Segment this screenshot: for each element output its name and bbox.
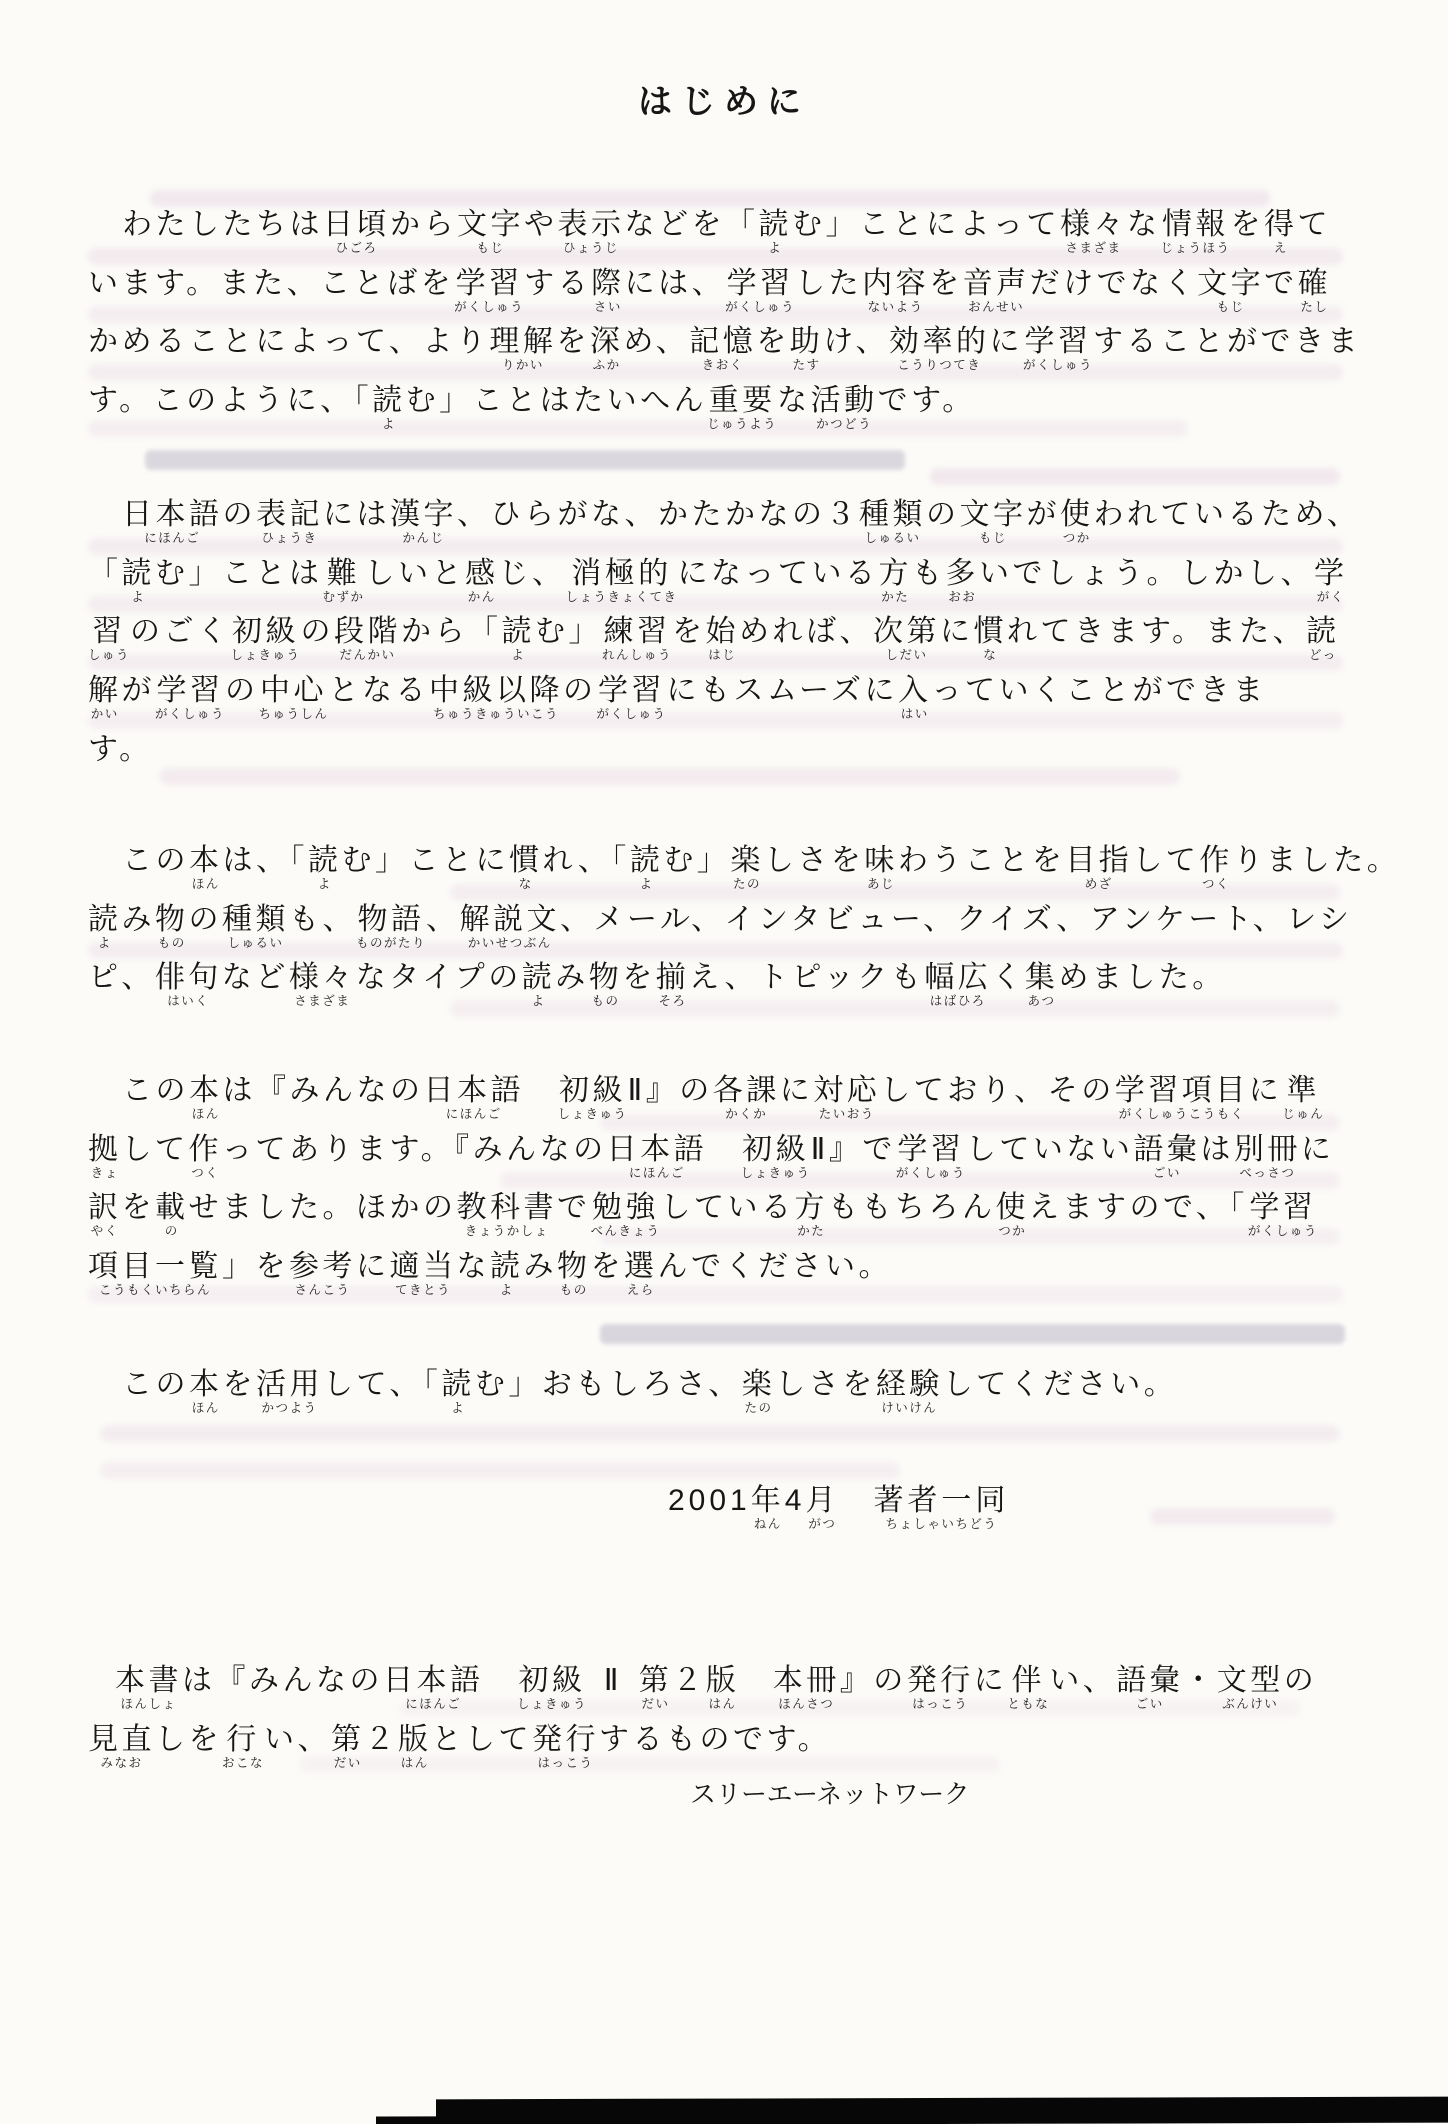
furigana: れんしゅう: [602, 649, 672, 662]
furigana: がくしゅう: [725, 301, 795, 314]
text-segment: 、: [426, 901, 460, 938]
ruby-segment: 読よ: [372, 382, 406, 431]
furigana: ほん: [189, 1108, 223, 1121]
text-segment: んでください。: [658, 1248, 893, 1285]
text-segment: Ⅱ』の: [628, 1072, 713, 1109]
furigana: えら: [624, 1284, 658, 1297]
ruby-segment: 様々さまざま: [289, 959, 356, 1008]
furigana: あつ: [1025, 995, 1059, 1008]
furigana: の: [155, 1225, 189, 1238]
ruby-segment: 別冊べっさつ: [1234, 1131, 1301, 1180]
text-segment: む」ことはたいへん: [406, 382, 708, 419]
furigana: さんこう: [289, 1284, 356, 1297]
text-segment: [484, 1662, 518, 1699]
ruby-segment: 載の: [155, 1189, 189, 1238]
text-segment: い、: [1049, 1662, 1116, 1699]
ruby-segment: 際さい: [591, 265, 625, 314]
ruby-segment: 様々さまざま: [1060, 206, 1127, 255]
furigana: もの: [589, 995, 623, 1008]
furigana: はん: [398, 1757, 432, 1770]
furigana: こうりつてき: [889, 359, 990, 372]
ruby-segment: 文字もじ: [1197, 265, 1264, 314]
furigana: かん: [465, 591, 499, 604]
furigana: もじ: [457, 242, 524, 255]
text-segment: も: [912, 555, 946, 592]
text-segment: が: [1027, 496, 1061, 533]
ruby-segment: 楽たの: [742, 1366, 776, 1415]
furigana: しょきゅう: [741, 1167, 811, 1180]
ruby-segment: 初級しょきゅう: [231, 613, 301, 662]
ruby-segment: 漢字かんじ: [390, 496, 457, 545]
text-line: います。また、ことばを学習がくしゅうする際さいには、学習がくしゅうした内容ないよ…: [88, 265, 1361, 324]
text-segment: み: [524, 1248, 558, 1285]
furigana: おんせい: [963, 301, 1030, 314]
text-segment: の: [189, 901, 223, 938]
ruby-segment: 日本語にほんご: [607, 1131, 708, 1180]
ruby-segment: 読よ: [88, 901, 122, 950]
ruby-segment: 慣な: [974, 613, 1008, 662]
furigana: よ: [759, 242, 793, 255]
text-segment: となる: [329, 672, 430, 709]
bleedthrough-artifact: [100, 1425, 1340, 1442]
furigana: がつ: [805, 1518, 839, 1531]
ruby-segment: 文字もじ: [960, 496, 1027, 545]
text-segment: に: [780, 1072, 814, 1109]
text-segment: は: [1200, 1131, 1234, 1168]
text-line: 見直みなおしを行おこない、第だい２版はんとして発行はっこうするものです。: [88, 1721, 1317, 1780]
text-segment: ピ、: [88, 959, 155, 996]
bleedthrough-artifact: [600, 1324, 1345, 1344]
ruby-segment: 日本語にほんご: [424, 1072, 525, 1121]
text-segment: のごく: [130, 613, 231, 650]
ruby-segment: 得え: [1264, 206, 1298, 255]
ruby-segment: 学習がくしゅう: [597, 672, 667, 721]
ruby-segment: 中級以降ちゅうきゅういこう: [429, 672, 563, 721]
text-segment: して: [122, 1131, 189, 1168]
bleedthrough-artifact: [1150, 1508, 1335, 1525]
text-segment: います。また、ことばを: [88, 265, 454, 302]
ruby-segment: 深ふか: [590, 323, 624, 372]
ruby-segment: 語彙ごい: [1133, 1131, 1200, 1180]
text-segment: している: [661, 1189, 795, 1226]
ruby-segment: 年ねん: [751, 1482, 785, 1531]
furigana: かた: [795, 1225, 829, 1238]
paragraph-second-edition-note: 本書ほんしょは『みんなの日本語にほんご 初級しょきゅうⅡ 第だい２版はん 本冊ほ…: [88, 1662, 1317, 1779]
furigana: だい: [639, 1698, 673, 1711]
text-line: 読よみ物ものの種類しゅるいも、物語ものがたり、解説文かいせつぶん、メール、インタ…: [88, 901, 1400, 960]
furigana: こうもくいちらん: [88, 1284, 222, 1297]
ruby-segment: 活用かつよう: [256, 1366, 323, 1415]
text-segment: この: [122, 1072, 189, 1109]
text-segment: に: [1301, 1131, 1335, 1168]
ruby-segment: 音声おんせい: [963, 265, 1030, 314]
text-segment: な: [777, 382, 811, 419]
text-segment: む」ことによって: [792, 206, 1060, 243]
ruby-segment: 始はじ: [706, 613, 740, 662]
ruby-segment: 本冊ほんさつ: [773, 1662, 840, 1711]
text-segment: は、「: [223, 842, 309, 879]
ruby-segment: 第だい: [331, 1721, 365, 1770]
text-line: 本書ほんしょは『みんなの日本語にほんご 初級しょきゅうⅡ 第だい２版はん 本冊ほ…: [88, 1662, 1317, 1721]
text-segment: この: [122, 842, 189, 879]
furigana: ちょしゃいちどう: [873, 1518, 1009, 1531]
text-segment: する: [524, 265, 591, 302]
text-segment: スリーエーネットワーク: [690, 1776, 969, 1813]
furigana: けいけん: [876, 1402, 943, 1415]
ruby-segment: 種類しゅるい: [859, 496, 926, 545]
ruby-segment: 次第しだい: [873, 613, 940, 662]
furigana: きょうかしょ: [457, 1225, 558, 1238]
ruby-segment: 確たし: [1298, 265, 1332, 314]
ruby-segment: 使つか: [1060, 496, 1094, 545]
ruby-segment: 読よ: [502, 613, 536, 662]
furigana: よ: [502, 649, 536, 662]
furigana: かんじ: [390, 532, 457, 545]
text-line: はじめに: [0, 84, 1448, 143]
text-line: この本ほんを活用かつようして、「読よむ」おもしろさ、楽たのしさを経験けいけんして…: [88, 1366, 1177, 1425]
ruby-segment: 読よ: [522, 959, 556, 1008]
furigana: だんかい: [334, 649, 401, 662]
furigana: つく: [1199, 878, 1233, 891]
ruby-segment: 発行はっこう: [907, 1662, 974, 1711]
furigana: もじ: [1197, 301, 1264, 314]
ruby-segment: 日頃ひごろ: [323, 206, 390, 255]
text-segment: む」ことは: [155, 555, 323, 592]
ruby-segment: 難むずか: [323, 555, 365, 604]
ruby-segment: 味あじ: [864, 842, 898, 891]
furigana: ほん: [189, 878, 223, 891]
furigana: がくしゅう: [454, 301, 524, 314]
text-segment: え、トピックも: [689, 959, 924, 996]
text-line: 日本語にほんごの表記ひょうきには漢字かんじ、ひらがな、かたかなの３種類しゅるいの…: [88, 496, 1360, 555]
ruby-segment: 語彙ごい: [1116, 1662, 1183, 1711]
furigana: しょきゅう: [231, 649, 301, 662]
text-segment: け、: [823, 323, 889, 360]
furigana: ごい: [1116, 1698, 1183, 1711]
furigana: はばひろ: [924, 995, 991, 1008]
furigana: たす: [790, 359, 824, 372]
text-segment: [839, 1482, 873, 1519]
ruby-segment: 物もの: [557, 1248, 591, 1297]
ruby-segment: 感かん: [465, 555, 499, 604]
ruby-segment: 教科書きょうかしょ: [457, 1189, 558, 1238]
ruby-segment: 対応たいおう: [813, 1072, 880, 1121]
text-segment: ・: [1183, 1662, 1217, 1699]
furigana: がくしゅう: [1248, 1225, 1318, 1238]
ruby-segment: 学習がくしゅう: [1023, 323, 1093, 372]
furigana: しゅるい: [222, 937, 289, 950]
text-segment: な: [457, 1248, 491, 1285]
ruby-segment: 学習がくしゅう: [1248, 1189, 1318, 1238]
text-segment: い、: [264, 1721, 331, 1758]
text-segment: ２: [365, 1721, 399, 1758]
text-line: わたしたちは日頃ひごろから文字もじや表示ひょうじなどを「読よむ」ことによって様々…: [88, 206, 1361, 265]
furigana: ひょうじ: [558, 242, 625, 255]
furigana: むずか: [323, 591, 365, 604]
furigana: よ: [630, 878, 664, 891]
ruby-segment: 勉強べんきょう: [591, 1189, 661, 1238]
ruby-segment: 適当てきとう: [390, 1248, 457, 1297]
ruby-segment: 情報じょうほう: [1161, 206, 1231, 255]
furigana: はい: [898, 708, 932, 721]
furigana: ともな: [1007, 1698, 1049, 1711]
text-segment: だけでなく: [1030, 265, 1198, 302]
text-segment: て: [1298, 206, 1332, 243]
text-segment: 』の: [840, 1662, 907, 1699]
furigana: な: [974, 649, 1008, 662]
ruby-segment: 物もの: [155, 901, 189, 950]
furigana: にほんご: [122, 532, 223, 545]
ruby-segment: 効率的こうりつてき: [889, 323, 990, 372]
paragraph-closing: この本ほんを活用かつようして、「読よむ」おもしろさ、楽たのしさを経験けいけんして…: [88, 1366, 1177, 1425]
furigana: かくか: [713, 1108, 780, 1121]
furigana: もの: [155, 937, 189, 950]
ruby-segment: 読どっ: [1306, 613, 1340, 662]
furigana: あじ: [864, 878, 898, 891]
text-segment: わたしたちは: [122, 206, 323, 243]
text-segment: するものです。: [599, 1721, 831, 1758]
ruby-segment: 読よ: [308, 842, 342, 891]
text-segment: Ⅱ』で: [811, 1131, 896, 1168]
text-line: 2001年ねん4月がつ 著者一同ちょしゃいちどう: [668, 1482, 1009, 1541]
bleedthrough-artifact: [150, 190, 1270, 207]
furigana: きおく: [689, 359, 756, 372]
ruby-segment: 集あつ: [1025, 959, 1059, 1008]
text-segment: して、「: [323, 1366, 441, 1403]
furigana: べんきょう: [591, 1225, 661, 1238]
ruby-segment: 版はん: [706, 1662, 740, 1711]
text-segment: す。: [88, 731, 153, 768]
text-segment: の: [926, 496, 960, 533]
furigana: ものがたり: [356, 937, 426, 950]
ruby-segment: 読よ: [759, 206, 793, 255]
text-line: 解かいが学習がくしゅうの中心ちゅうしんとなる中級以降ちゅうきゅういこうの学習がく…: [88, 672, 1360, 731]
text-segment: 」を: [222, 1248, 289, 1285]
ruby-segment: 目指めざ: [1065, 842, 1132, 891]
ruby-segment: 本ほん: [189, 1366, 223, 1415]
furigana: ちゅうしん: [259, 708, 329, 721]
text-segment: を: [672, 613, 706, 650]
text-segment: には、: [625, 265, 726, 302]
ruby-segment: 学習項目がくしゅうこうもく: [1115, 1072, 1249, 1121]
ruby-segment: 練習れんしゅう: [602, 613, 672, 662]
ruby-segment: 学習がくしゅう: [725, 265, 795, 314]
text-segment: していない: [966, 1131, 1134, 1168]
text-segment: この: [122, 1366, 189, 1403]
ruby-segment: 助たす: [790, 323, 824, 372]
furigana: ほん: [189, 1402, 223, 1415]
text-line: 「読よむ」ことは難むずかしいと感かんじ、消極的しょうきょくてきになっている方かた…: [88, 555, 1360, 614]
furigana: ほんしょ: [115, 1698, 182, 1711]
text-segment: む」: [535, 613, 602, 650]
text-segment: いでしょう。しかし、: [979, 555, 1314, 592]
ruby-segment: 習しゅう: [88, 613, 130, 662]
ruby-segment: 準じゅん: [1282, 1072, 1324, 1121]
ruby-segment: 訳やく: [88, 1189, 122, 1238]
furigana: しだい: [873, 649, 940, 662]
ruby-segment: 物もの: [589, 959, 623, 1008]
furigana: さい: [591, 301, 625, 314]
furigana: よ: [490, 1284, 524, 1297]
furigana: おこな: [222, 1757, 264, 1770]
ruby-segment: 版はん: [398, 1721, 432, 1770]
furigana: はじ: [706, 649, 740, 662]
text-segment: ももちろん: [828, 1189, 996, 1226]
ruby-segment: 行おこな: [222, 1721, 264, 1770]
ruby-segment: 本ほん: [189, 842, 223, 891]
text-segment: して: [1132, 842, 1199, 879]
ruby-segment: 著者一同ちょしゃいちどう: [873, 1482, 1009, 1531]
ruby-segment: 読よ: [441, 1366, 475, 1415]
ruby-segment: 多おお: [946, 555, 980, 604]
furigana: かつよう: [256, 1402, 323, 1415]
text-line: スリーエーネットワーク: [690, 1776, 969, 1835]
ruby-segment: 発行はっこう: [532, 1721, 599, 1770]
text-segment: く: [991, 959, 1025, 996]
furigana: てきとう: [390, 1284, 457, 1297]
paragraph-japanese-script: 日本語にほんごの表記ひょうきには漢字かんじ、ひらがな、かたかなの３種類しゅるいの…: [88, 496, 1360, 789]
text-segment: を: [122, 1189, 156, 1226]
ruby-segment: 読よ: [630, 842, 664, 891]
furigana: つか: [1060, 532, 1094, 545]
ruby-segment: 日本語にほんご: [122, 496, 223, 545]
text-segment: に: [1249, 1072, 1283, 1109]
text-segment: しさを: [775, 1366, 876, 1403]
furigana: ひごろ: [323, 242, 390, 255]
furigana: きょ: [88, 1167, 122, 1180]
text-segment: っていくことができま: [932, 672, 1267, 709]
ruby-segment: 方かた: [795, 1189, 829, 1238]
ruby-segment: 経験けいけん: [876, 1366, 943, 1415]
text-segment: な: [1127, 206, 1161, 243]
furigana: よ: [88, 937, 122, 950]
furigana: たの: [730, 878, 764, 891]
furigana: かた: [879, 591, 913, 604]
ruby-segment: 読よ: [490, 1248, 524, 1297]
text-line: す。このように、「読よむ」ことはたいへん重要じゅうような活動かつどうです。: [88, 382, 1361, 441]
ruby-segment: 幅広はばひろ: [924, 959, 991, 1008]
text-segment: を: [756, 323, 790, 360]
furigana: がくしゅう: [1023, 359, 1093, 372]
ruby-segment: 内容ないよう: [862, 265, 929, 314]
ruby-segment: 見直みなお: [88, 1721, 155, 1770]
text-segment: を: [556, 323, 590, 360]
text-segment: の: [225, 672, 259, 709]
text-segment: み: [555, 959, 589, 996]
text-segment: ２: [672, 1662, 706, 1699]
furigana: めざ: [1065, 878, 1132, 891]
ruby-segment: 第だい: [639, 1662, 673, 1711]
text-segment: には: [323, 496, 390, 533]
text-segment: に: [990, 323, 1024, 360]
text-segment: することができま: [1093, 323, 1361, 360]
text-segment: しいと: [365, 555, 466, 592]
text-segment: 、ひらがな、かたかなの３: [457, 496, 859, 533]
furigana: つく: [189, 1167, 223, 1180]
text-segment: めました。: [1058, 959, 1226, 996]
ruby-segment: 拠きょ: [88, 1131, 122, 1180]
furigana: な: [509, 878, 543, 891]
furigana: ないよう: [862, 301, 929, 314]
furigana: しょうきょくてき: [566, 591, 678, 604]
ruby-segment: 初級しょきゅう: [517, 1662, 587, 1711]
text-segment: などを「: [625, 206, 759, 243]
text-segment: む」おもしろさ、: [475, 1366, 742, 1403]
text-segment: など: [222, 959, 289, 996]
publisher-name: スリーエーネットワーク: [690, 1776, 969, 1835]
text-segment: しており、その: [880, 1072, 1115, 1109]
text-segment: は『みんなの: [182, 1662, 383, 1699]
furigana: はいく: [155, 995, 222, 1008]
furigana: ぶんけい: [1217, 1698, 1284, 1711]
scanned-book-page: はじめに わたしたちは日頃ひごろから文字もじや表示ひょうじなどを「読よむ」ことに…: [0, 0, 1448, 2124]
page-title: はじめに: [0, 84, 1448, 143]
ruby-segment: 学習がくしゅう: [155, 672, 225, 721]
furigana: かつどう: [811, 418, 878, 431]
text-segment: 「: [88, 555, 122, 592]
text-segment: はじめに: [638, 84, 810, 121]
text-segment: は『みんなの: [223, 1072, 424, 1109]
text-segment: にもスムーズに: [667, 672, 899, 709]
furigana: たいおう: [813, 1108, 880, 1121]
text-segment: れてきます。また、: [1007, 613, 1306, 650]
text-segment: ってあります。『みんなの: [222, 1131, 607, 1168]
text-segment: や: [524, 206, 558, 243]
furigana: さまざま: [289, 995, 356, 1008]
text-segment: なタイプの: [356, 959, 522, 996]
ruby-segment: 選えら: [624, 1248, 658, 1297]
ruby-segment: 種類しゅるい: [222, 901, 289, 950]
text-line: この本ほんは、「読よむ」ことに慣なれ、「読よむ」楽たのしさを味あじわうことを目指…: [88, 842, 1400, 901]
furigana: たの: [742, 1402, 776, 1415]
furigana: どっ: [1306, 649, 1340, 662]
ruby-segment: 段階だんかい: [334, 613, 401, 662]
text-segment: から: [390, 206, 457, 243]
furigana: よ: [122, 591, 156, 604]
ruby-segment: 学がく: [1314, 555, 1348, 604]
text-segment: を: [591, 1248, 625, 1285]
ruby-segment: 入はい: [898, 672, 932, 721]
text-segment: [739, 1662, 773, 1699]
ruby-segment: 文型ぶんけい: [1217, 1662, 1284, 1711]
text-segment: が: [122, 672, 156, 709]
furigana: かいせつぶん: [460, 937, 561, 950]
ruby-segment: 月がつ: [805, 1482, 839, 1531]
text-segment: じ、: [499, 555, 566, 592]
text-segment: に: [940, 613, 974, 650]
ruby-segment: 重要じゅうよう: [707, 382, 777, 431]
ruby-segment: 学習がくしゅう: [896, 1131, 966, 1180]
ruby-segment: 日本語にほんご: [383, 1662, 484, 1711]
furigana: しょきゅう: [517, 1698, 587, 1711]
text-segment: の: [563, 672, 597, 709]
furigana: やく: [88, 1225, 122, 1238]
text-segment: に: [356, 1248, 390, 1285]
ruby-segment: 各課かくか: [713, 1072, 780, 1121]
furigana: しゅるい: [859, 532, 926, 545]
text-segment: で: [1264, 265, 1298, 302]
ruby-segment: 使つか: [996, 1189, 1030, 1238]
text-segment: になっている: [678, 555, 879, 592]
furigana: にほんご: [383, 1698, 484, 1711]
text-segment: み: [122, 901, 156, 938]
ruby-segment: 本書ほんしょ: [115, 1662, 182, 1711]
text-segment: です。: [878, 382, 976, 419]
furigana: もじ: [960, 532, 1027, 545]
furigana: じゅうよう: [707, 418, 777, 431]
furigana: はん: [706, 1698, 740, 1711]
text-segment: わうことを: [898, 842, 1066, 879]
